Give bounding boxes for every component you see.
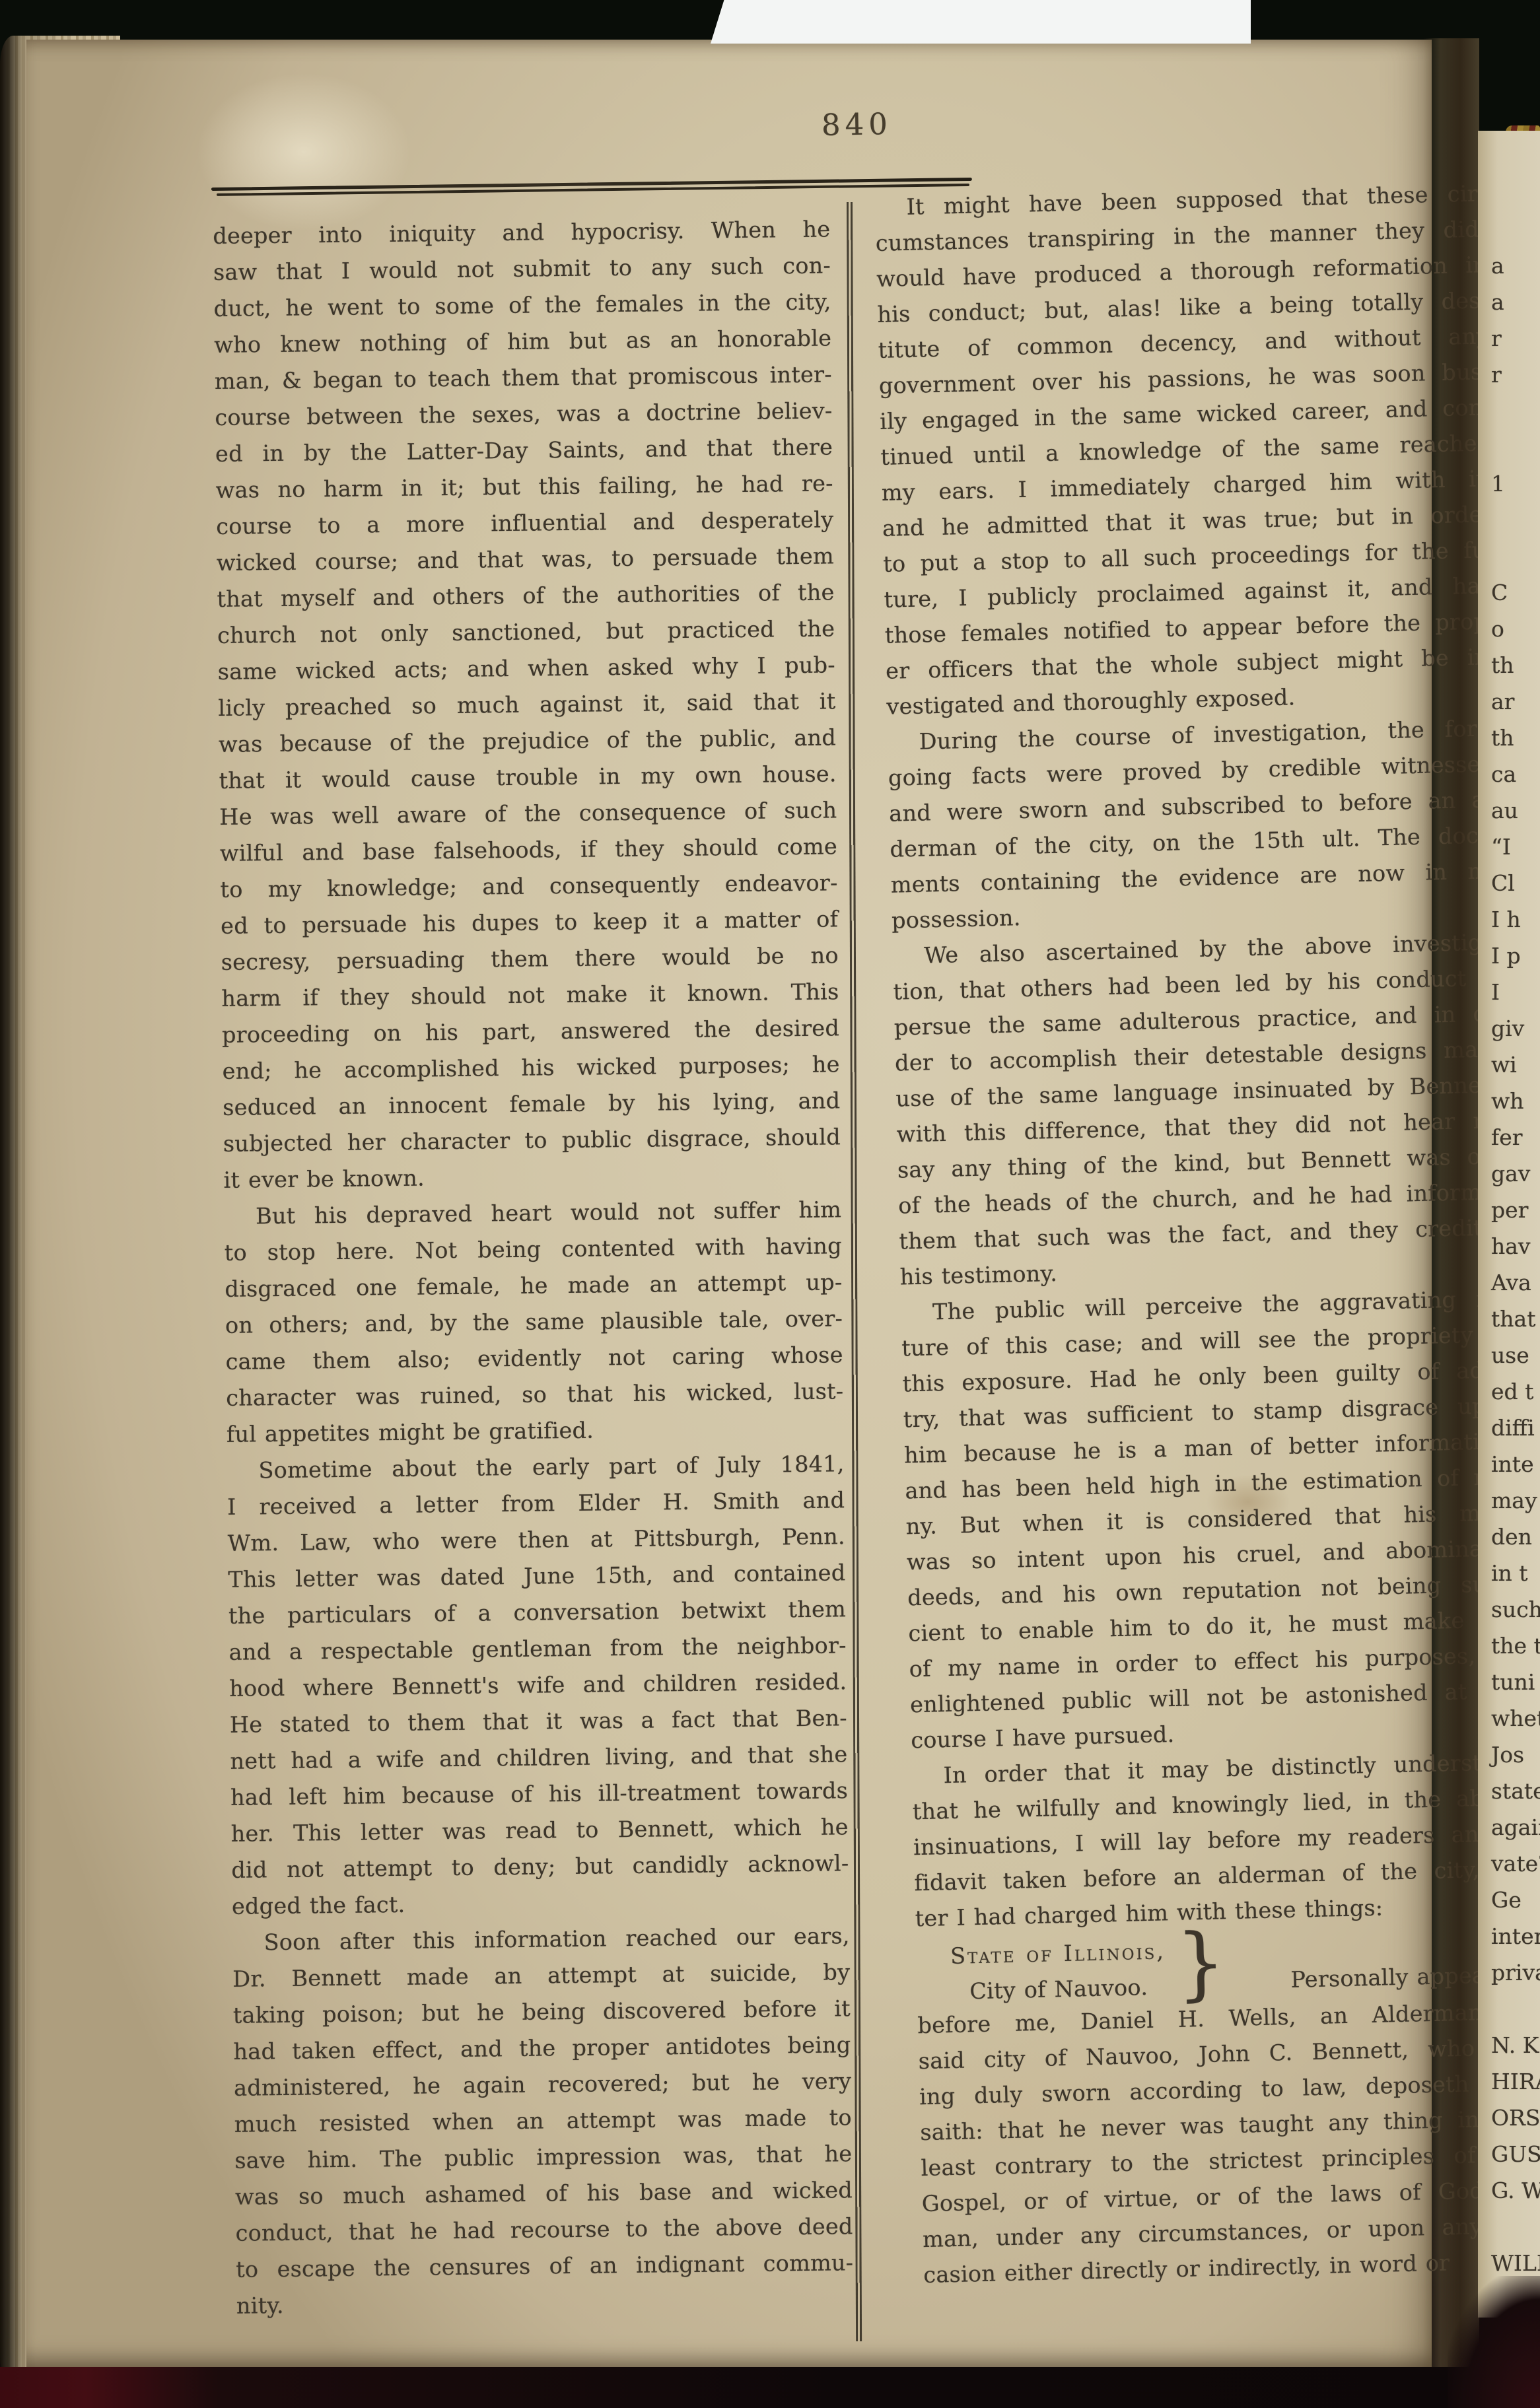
cut-off-text-fragment: giv <box>1491 1010 1540 1047</box>
cut-off-text-fragment: wh <box>1491 1083 1540 1119</box>
text-line: to escape the censures of an indignant c… <box>236 2244 854 2288</box>
cut-off-text-fragment <box>1491 211 1540 248</box>
affidavit-venue-line: State of Illinois, <box>950 1933 1166 1974</box>
cut-off-text-fragment: th <box>1491 647 1540 683</box>
curly-brace-glyph: } <box>1175 1928 1226 2003</box>
paragraph: It might have been supposed that these c… <box>874 176 1498 725</box>
affidavit-venue: State of Illinois,City of Nauvoo. <box>950 1931 1166 2007</box>
cut-off-text-fragment: ca <box>1491 756 1540 792</box>
cut-off-text-fragment: th <box>1491 720 1540 756</box>
cut-off-text-fragment: a <box>1491 248 1540 284</box>
cut-off-text-fragment: o <box>1491 611 1540 647</box>
cut-off-text-fragment: per <box>1491 1192 1540 1228</box>
cut-off-text-fragment: state <box>1491 1773 1540 1809</box>
cut-off-text-fragment: inte <box>1491 1446 1540 1482</box>
cut-off-text-fragment: gav <box>1491 1155 1540 1192</box>
cut-off-text-fragment: I <box>1491 974 1540 1010</box>
cut-off-text-fragment: Ava <box>1491 1264 1540 1301</box>
cut-off-text-fragment: in t <box>1491 1555 1540 1591</box>
cut-off-text-fragment: C <box>1491 574 1540 611</box>
cut-off-text-fragment: that <box>1491 1301 1540 1337</box>
cut-off-text-fragment <box>1491 1991 1540 2027</box>
cut-off-text-fragment: vate? <box>1491 1845 1540 1882</box>
cut-off-text-fragment: a <box>1491 284 1540 320</box>
paragraph: Sometime about the early part of July 18… <box>227 1445 849 1925</box>
book-cover-bottom-edge <box>0 2367 1540 2408</box>
left-text-column: deeper into iniquity and hypocrisy. When… <box>213 211 854 2323</box>
cut-off-text-fragment: ed t <box>1491 1373 1540 1410</box>
cut-off-text-fragment: fer <box>1491 1119 1540 1155</box>
cut-off-text-fragment: I h <box>1491 901 1540 938</box>
paper-slip <box>711 0 1251 44</box>
cut-off-text-fragment: again <box>1491 1809 1540 1845</box>
cut-off-text-fragment: whet <box>1491 1700 1540 1737</box>
text-line: character was ruined, so that his wicked… <box>226 1373 844 1416</box>
cut-off-text-fragment: N. K <box>1491 2027 1540 2063</box>
paragraph: deeper into iniquity and hypocrisy. When… <box>213 211 841 1198</box>
cut-off-text-fragment: the t <box>1491 1628 1540 1664</box>
book-scan-screenshot: { "colors": { "paper": "#cfc3a4", "ink":… <box>0 0 1540 2408</box>
paragraph: During the course of investigation, the … <box>887 710 1502 939</box>
cut-off-text-fragment: r <box>1491 357 1540 393</box>
cut-off-text-fragment: I p <box>1491 938 1540 974</box>
cut-off-text-fragment: interc <box>1491 1918 1540 1954</box>
cut-off-text-fragment: ORSC <box>1491 2100 1540 2136</box>
book-cover-corner <box>1448 2276 1540 2408</box>
page-number: 840 <box>822 106 893 143</box>
cut-off-text-fragment: tuni <box>1491 1664 1540 1700</box>
cut-off-text-fragment: Cl <box>1491 865 1540 901</box>
cut-off-text-fragment: r <box>1491 320 1540 357</box>
cut-off-text-fragment <box>1491 175 1540 211</box>
cut-off-text-fragment: hav <box>1491 1228 1540 1264</box>
gutter-shadow <box>1424 38 1479 2370</box>
cut-off-text-fragment: diffi <box>1491 1410 1540 1446</box>
next-page-sliver: aarr1Cotharthcaau“IClI hI pIgivwiwhferga… <box>1478 131 1540 2318</box>
cut-off-text-fragment: G. W <box>1491 2172 1540 2209</box>
cut-off-text-fragment <box>1491 2209 1540 2245</box>
book-page: 840 deeper into iniquity and hypocrisy. … <box>26 40 1432 2369</box>
cut-off-text-fragment: such <box>1491 1591 1540 1628</box>
paragraph: Soon after this information reached our … <box>232 1917 854 2324</box>
text-line: subjected her character to public disgra… <box>223 1118 841 1162</box>
cut-off-text-fragment: HIRA <box>1491 2063 1540 2100</box>
paragraph: We also ascertained by the above investi… <box>892 924 1511 1295</box>
text-line: did not attempt to deny; but candidly ac… <box>231 1845 849 1888</box>
cut-off-text-fragment: ar <box>1491 683 1540 720</box>
text-line: nity. <box>236 2281 855 2324</box>
cut-off-text-fragment: GUST <box>1491 2136 1540 2172</box>
cut-off-text-fragment: 1 <box>1491 465 1540 502</box>
cut-off-text-fragment <box>1491 538 1540 574</box>
cut-off-text-fragment: priva <box>1491 1954 1540 1991</box>
cut-off-text-fragment <box>1491 502 1540 538</box>
cut-off-text-fragment <box>1491 429 1540 465</box>
cut-off-text-fragment: wi <box>1491 1047 1540 1083</box>
cut-off-text-fragment: Jos <box>1491 1737 1540 1773</box>
cut-off-text-fragment: Ge <box>1491 1882 1540 1918</box>
cut-off-text-fragment: au <box>1491 792 1540 829</box>
cut-off-text-fragment <box>1491 393 1540 429</box>
cut-off-text-fragment <box>1491 139 1540 175</box>
cut-off-text-fragment: use <box>1491 1337 1540 1373</box>
cut-off-text-fragment: may <box>1491 1482 1540 1519</box>
cut-off-text-fragment: den <box>1491 1519 1540 1555</box>
double-rule <box>211 178 972 198</box>
cut-off-text-fragment: “I <box>1491 829 1540 865</box>
paragraph: But his depraved heart would not suffer … <box>224 1191 844 1453</box>
